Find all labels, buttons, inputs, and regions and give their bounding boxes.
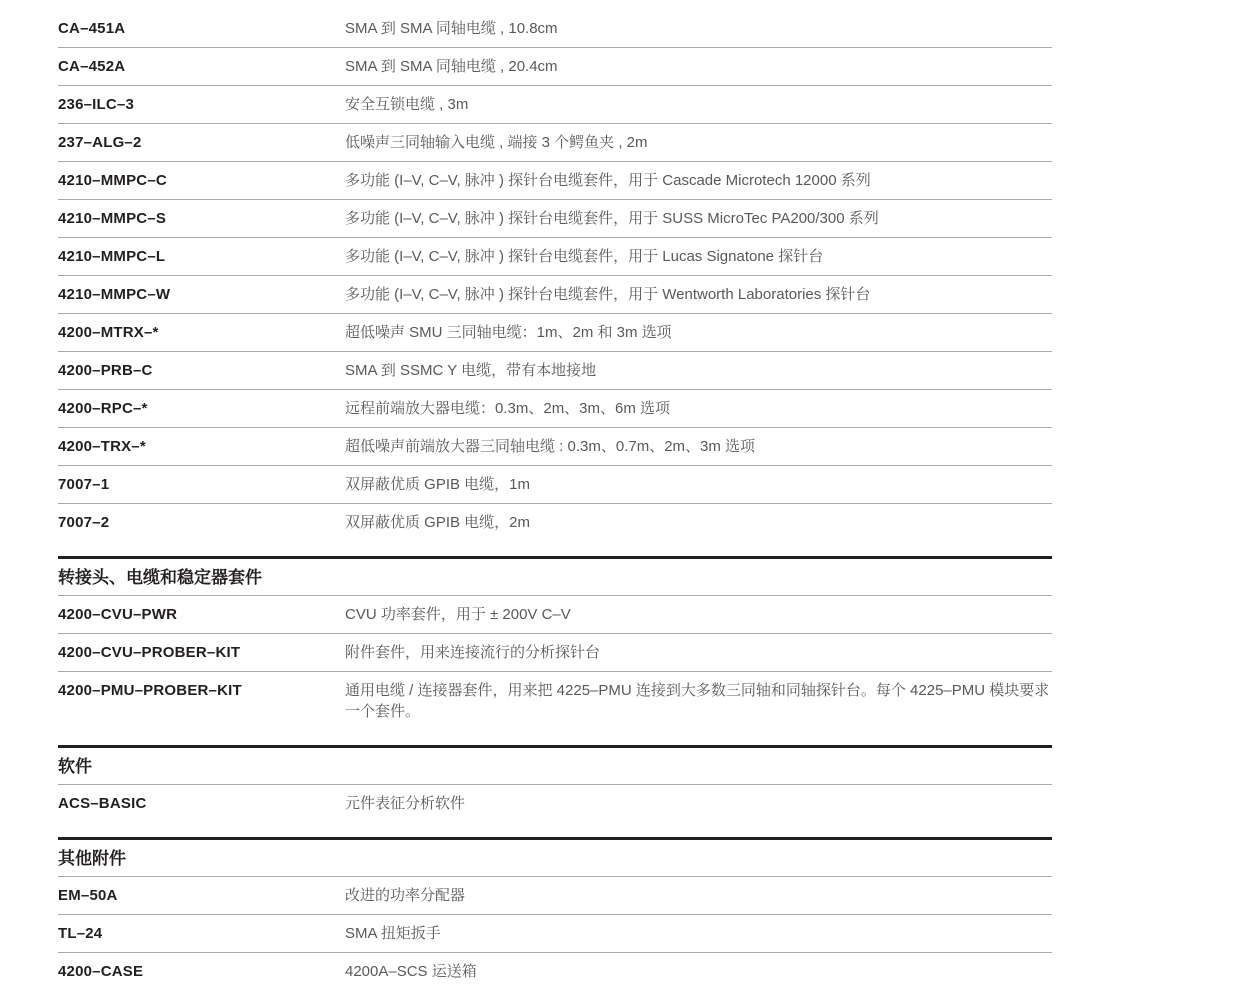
table-row: 4200–CASE4200A–SCS 运送箱 — [58, 953, 1052, 990]
table-section: CA–451ASMA 到 SMA 同轴电缆 , 10.8cmCA–452ASMA… — [58, 10, 1052, 541]
section-rows: CA–451ASMA 到 SMA 同轴电缆 , 10.8cmCA–452ASMA… — [58, 10, 1052, 541]
model-number: 4210–MMPC–C — [58, 170, 345, 191]
model-description: 超低噪声 SMU 三同轴电缆：1m、2m 和 3m 选项 — [345, 322, 1052, 343]
section-rows: ACS–BASIC元件表征分析软件 — [58, 785, 1052, 822]
model-number: 7007–2 — [58, 512, 345, 533]
table-row: EM–50A改进的功率分配器 — [58, 877, 1052, 915]
section-rows: EM–50A改进的功率分配器TL–24SMA 扭矩扳手4200–CASE4200… — [58, 877, 1052, 990]
model-number: 4210–MMPC–S — [58, 208, 345, 229]
model-number: 4200–PRB–C — [58, 360, 345, 381]
table-row: 4200–TRX–*超低噪声前端放大器三同轴电缆 : 0.3m、0.7m、2m、… — [58, 428, 1052, 466]
table-row: 4200–RPC–*远程前端放大器电缆：0.3m、2m、3m、6m 选项 — [58, 390, 1052, 428]
section-header: 软件 — [58, 745, 1052, 785]
model-number: 4200–CVU–PROBER–KIT — [58, 642, 345, 663]
table-row: 4200–CVU–PROBER–KIT附件套件，用来连接流行的分析探针台 — [58, 634, 1052, 672]
table-row: 237–ALG–2低噪声三同轴输入电缆 , 端接 3 个鳄鱼夹 , 2m — [58, 124, 1052, 162]
model-number: 4200–RPC–* — [58, 398, 345, 419]
table-row: ACS–BASIC元件表征分析软件 — [58, 785, 1052, 822]
model-description: 超低噪声前端放大器三同轴电缆 : 0.3m、0.7m、2m、3m 选项 — [345, 436, 1052, 457]
model-description: 改进的功率分配器 — [345, 885, 1052, 906]
table-row: 7007–2双屏蔽优质 GPIB 电缆，2m — [58, 504, 1052, 541]
model-description: 附件套件，用来连接流行的分析探针台 — [345, 642, 1052, 663]
model-description: CVU 功率套件，用于 ± 200V C–V — [345, 604, 1052, 625]
model-number: 4200–PMU–PROBER–KIT — [58, 680, 345, 701]
model-description: 多功能 (I–V, C–V, 脉冲 ) 探针台电缆套件，用于 Lucas Sig… — [345, 246, 1052, 267]
table-row: 4210–MMPC–W多功能 (I–V, C–V, 脉冲 ) 探针台电缆套件，用… — [58, 276, 1052, 314]
model-number: 7007–1 — [58, 474, 345, 495]
model-description: SMA 到 SMA 同轴电缆 , 20.4cm — [345, 56, 1052, 77]
table-row: 4200–CVU–PWRCVU 功率套件，用于 ± 200V C–V — [58, 596, 1052, 634]
table-section: 转接头、电缆和稳定器套件4200–CVU–PWRCVU 功率套件，用于 ± 20… — [58, 556, 1052, 730]
table-row: 7007–1双屏蔽优质 GPIB 电缆，1m — [58, 466, 1052, 504]
accessories-table: CA–451ASMA 到 SMA 同轴电缆 , 10.8cmCA–452ASMA… — [58, 10, 1052, 990]
table-row: 4210–MMPC–L多功能 (I–V, C–V, 脉冲 ) 探针台电缆套件，用… — [58, 238, 1052, 276]
model-description: 双屏蔽优质 GPIB 电缆，1m — [345, 474, 1052, 495]
table-row: 4210–MMPC–S多功能 (I–V, C–V, 脉冲 ) 探针台电缆套件，用… — [58, 200, 1052, 238]
table-row: TL–24SMA 扭矩扳手 — [58, 915, 1052, 953]
table-row: CA–452ASMA 到 SMA 同轴电缆 , 20.4cm — [58, 48, 1052, 86]
model-description: SMA 扭矩扳手 — [345, 923, 1052, 944]
model-number: EM–50A — [58, 885, 345, 906]
model-description: 多功能 (I–V, C–V, 脉冲 ) 探针台电缆套件，用于 Wentworth… — [345, 284, 1052, 305]
section-rows: 4200–CVU–PWRCVU 功率套件，用于 ± 200V C–V4200–C… — [58, 596, 1052, 730]
model-description: 元件表征分析软件 — [345, 793, 1052, 814]
model-description: 4200A–SCS 运送箱 — [345, 961, 1052, 982]
table-section: 软件ACS–BASIC元件表征分析软件 — [58, 745, 1052, 822]
model-number: 4200–CASE — [58, 961, 345, 982]
table-row: CA–451ASMA 到 SMA 同轴电缆 , 10.8cm — [58, 10, 1052, 48]
model-description: 低噪声三同轴输入电缆 , 端接 3 个鳄鱼夹 , 2m — [345, 132, 1052, 153]
model-number: TL–24 — [58, 923, 345, 944]
model-number: 4210–MMPC–L — [58, 246, 345, 267]
model-number: 4200–MTRX–* — [58, 322, 345, 343]
table-row: 4200–PMU–PROBER–KIT通用电缆 / 连接器套件，用来把 4225… — [58, 672, 1052, 730]
model-description: SMA 到 SSMC Y 电缆，带有本地接地 — [345, 360, 1052, 381]
model-description: 通用电缆 / 连接器套件，用来把 4225–PMU 连接到大多数三同轴和同轴探针… — [345, 680, 1052, 722]
model-description: 多功能 (I–V, C–V, 脉冲 ) 探针台电缆套件，用于 Cascade M… — [345, 170, 1052, 191]
section-header: 其他附件 — [58, 837, 1052, 877]
table-row: 4200–PRB–CSMA 到 SSMC Y 电缆，带有本地接地 — [58, 352, 1052, 390]
model-number: CA–452A — [58, 56, 345, 77]
model-description: 远程前端放大器电缆：0.3m、2m、3m、6m 选项 — [345, 398, 1052, 419]
table-row: 236–ILC–3安全互锁电缆 , 3m — [58, 86, 1052, 124]
model-number: 237–ALG–2 — [58, 132, 345, 153]
section-header: 转接头、电缆和稳定器套件 — [58, 556, 1052, 596]
model-number: 4210–MMPC–W — [58, 284, 345, 305]
model-number: 4200–TRX–* — [58, 436, 345, 457]
datasheet-page: CA–451ASMA 到 SMA 同轴电缆 , 10.8cmCA–452ASMA… — [0, 0, 1249, 1000]
model-number: 4200–CVU–PWR — [58, 604, 345, 625]
model-description: SMA 到 SMA 同轴电缆 , 10.8cm — [345, 18, 1052, 39]
model-description: 双屏蔽优质 GPIB 电缆，2m — [345, 512, 1052, 533]
table-row: 4200–MTRX–*超低噪声 SMU 三同轴电缆：1m、2m 和 3m 选项 — [58, 314, 1052, 352]
model-number: CA–451A — [58, 18, 345, 39]
model-number: ACS–BASIC — [58, 793, 345, 814]
table-row: 4210–MMPC–C多功能 (I–V, C–V, 脉冲 ) 探针台电缆套件，用… — [58, 162, 1052, 200]
table-section: 其他附件EM–50A改进的功率分配器TL–24SMA 扭矩扳手4200–CASE… — [58, 837, 1052, 990]
model-description: 安全互锁电缆 , 3m — [345, 94, 1052, 115]
model-description: 多功能 (I–V, C–V, 脉冲 ) 探针台电缆套件，用于 SUSS Micr… — [345, 208, 1052, 229]
model-number: 236–ILC–3 — [58, 94, 345, 115]
